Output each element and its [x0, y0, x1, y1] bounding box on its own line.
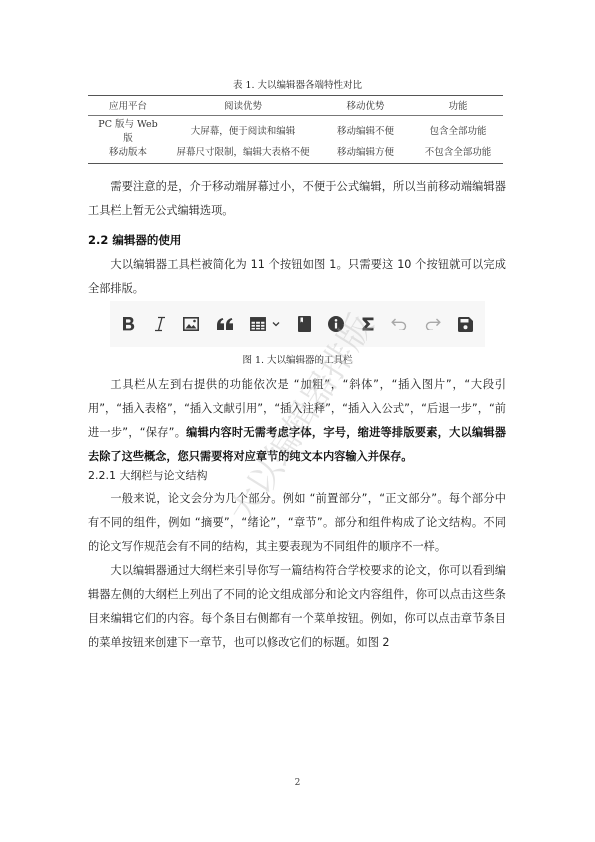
paragraph-note: 需要注意的是，介于移动端屏幕过小，不便于公式编辑，所以当前移动端编辑器工具栏上暂… [88, 175, 506, 223]
insert-table-button[interactable] [250, 312, 280, 336]
table-cell: PC 版与 Web 版 [88, 116, 168, 147]
table-icon [250, 317, 266, 331]
insert-formula-button[interactable] [362, 312, 374, 336]
figure-caption: 图 1. 大以编辑器的工具栏 [0, 352, 595, 366]
table-row: 移动版本 屏幕尺寸限制，编辑大表格不便 移动编辑方便 不包含全部功能 [88, 146, 503, 164]
info-icon [328, 316, 344, 332]
italic-icon [154, 316, 166, 332]
table-row: PC 版与 Web 版 大屏幕，便于阅读和编辑 移动编辑不便 包含全部功能 [88, 116, 503, 147]
table-header-cell: 移动优势 [318, 96, 413, 116]
chevron-down-icon[interactable] [272, 321, 280, 327]
redo-icon [425, 318, 441, 330]
subsection-heading: 2.2.1 大纲栏与论文结构 [88, 467, 208, 483]
insert-image-button[interactable] [183, 312, 199, 336]
table-header-cell: 功能 [413, 96, 503, 116]
sigma-icon [362, 317, 374, 331]
blockquote-button[interactable] [217, 312, 233, 336]
paragraph-outline: 大以编辑器通过大纲栏来引导你写一篇结构符合学校要求的论文，你可以看到编辑器左侧的… [88, 559, 506, 655]
editor-toolbar [110, 301, 485, 347]
insert-note-button[interactable] [328, 312, 344, 336]
undo-button[interactable] [391, 312, 407, 336]
paragraph-structure: 一般来说，论文会分为几个部分。例如 “前置部分”，“正文部分”。每个部分中有不同… [88, 487, 506, 559]
save-icon [458, 317, 473, 332]
italic-button[interactable] [154, 312, 166, 336]
paragraph-toolbar-description: 工具栏从左到右提供的功能依次是 “加粗”，“斜体”，“插入图片”，“大段引用”，… [88, 373, 506, 469]
quote-icon [217, 318, 233, 330]
document-page: 表 1. 大以编辑器各端特性对比 应用平台 阅读优势 移动优势 功能 PC 版与… [0, 0, 595, 842]
table-header-cell: 阅读优势 [168, 96, 318, 116]
image-icon [183, 317, 199, 331]
table-caption: 表 1. 大以编辑器各端特性对比 [0, 77, 595, 91]
comparison-table: 应用平台 阅读优势 移动优势 功能 PC 版与 Web 版 大屏幕，便于阅读和编… [88, 95, 503, 164]
insert-citation-button[interactable] [298, 312, 311, 336]
save-button[interactable] [458, 312, 473, 336]
paragraph-toolbar-intro: 大以编辑器工具栏被简化为 11 个按钮如图 1。只需要这 10 个按钮就可以完成… [88, 253, 506, 301]
table-cell: 大屏幕，便于阅读和编辑 [168, 116, 318, 147]
bold-button[interactable] [122, 312, 136, 336]
table-cell: 屏幕尺寸限制，编辑大表格不便 [168, 146, 318, 164]
table-cell: 不包含全部功能 [413, 146, 503, 164]
page-number: 2 [0, 778, 595, 788]
book-icon [298, 316, 311, 332]
table-cell: 包含全部功能 [413, 116, 503, 147]
section-heading: 2.2 编辑器的使用 [88, 232, 181, 248]
bold-icon [122, 316, 136, 332]
table-header-row: 应用平台 阅读优势 移动优势 功能 [88, 96, 503, 116]
table-cell: 移动版本 [88, 146, 168, 164]
table-cell: 移动编辑不便 [318, 116, 413, 147]
undo-icon [391, 318, 407, 330]
table-header-cell: 应用平台 [88, 96, 168, 116]
table-cell: 移动编辑方便 [318, 146, 413, 164]
redo-button[interactable] [425, 312, 441, 336]
